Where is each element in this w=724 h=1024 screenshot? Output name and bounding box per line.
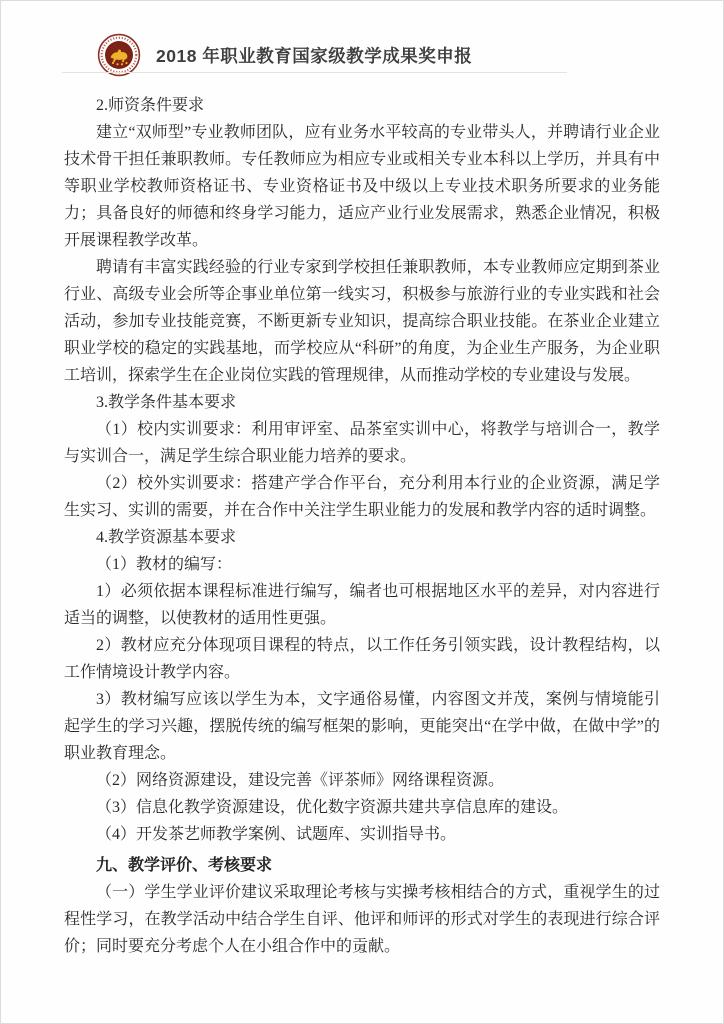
paragraph: 3）教材编写应该以学生为本，文字通俗易懂，内容图文并茂，案例与情境能引起学生的学…	[64, 686, 660, 767]
paragraph: （3）信息化教学资源建设，优化数字资源共建共享信息库的建设。	[64, 794, 660, 821]
paragraph: （2）网络资源建设，建设完善《评茶师》网络课程资源。	[64, 767, 660, 794]
page-number: 5	[0, 942, 724, 957]
paragraph: （4）开发茶艺师教学案例、试题库、实训指导书。	[64, 821, 660, 848]
paragraph: （2）校外实训要求：搭建产学合作平台，充分利用本行业的企业资源，满足学生实习、实…	[64, 470, 660, 524]
paragraph: 2）教材应充分体现项目课程的特点，以工作任务引领实践，设计教程结构，以工作情境设…	[64, 632, 660, 686]
sub-heading: 2.师资条件要求	[64, 92, 660, 119]
page-title: 2018 年职业教育国家级教学成果奖申报	[156, 43, 472, 68]
sub-heading: 4.教学资源基本要求	[64, 524, 660, 551]
paragraph: 1）必须依据本课程标准进行编写，编者也可根据地区水平的差异，对内容进行适当的调整…	[64, 578, 660, 632]
sub-heading: 3.教学条件基本要求	[64, 389, 660, 416]
section-heading: 九、教学评价、考核要求	[64, 852, 660, 879]
header-divider	[62, 72, 567, 73]
page-header: 2018 年职业教育国家级教学成果奖申报	[97, 33, 472, 77]
paragraph: （1）校内实训要求：利用审评室、品茶室实训中心，将教学与培训合一，教学与实训合一…	[64, 416, 660, 470]
paragraph: 建立“双师型”专业教师团队，应有业务水平较高的专业带头人，并聘请行业企业技术骨干…	[64, 119, 660, 254]
school-emblem-horse-icon	[97, 33, 141, 77]
paragraph: 聘请有丰富实践经验的行业专家到学校担任兼职教师，本专业教师应定期到茶业行业、高级…	[64, 254, 660, 389]
document-page: 2018 年职业教育国家级教学成果奖申报 2.师资条件要求建立“双师型”专业教师…	[0, 0, 724, 1024]
document-body: 2.师资条件要求建立“双师型”专业教师团队，应有业务水平较高的专业带头人，并聘请…	[64, 92, 660, 960]
paragraph: （1）教材的编写：	[64, 551, 660, 578]
